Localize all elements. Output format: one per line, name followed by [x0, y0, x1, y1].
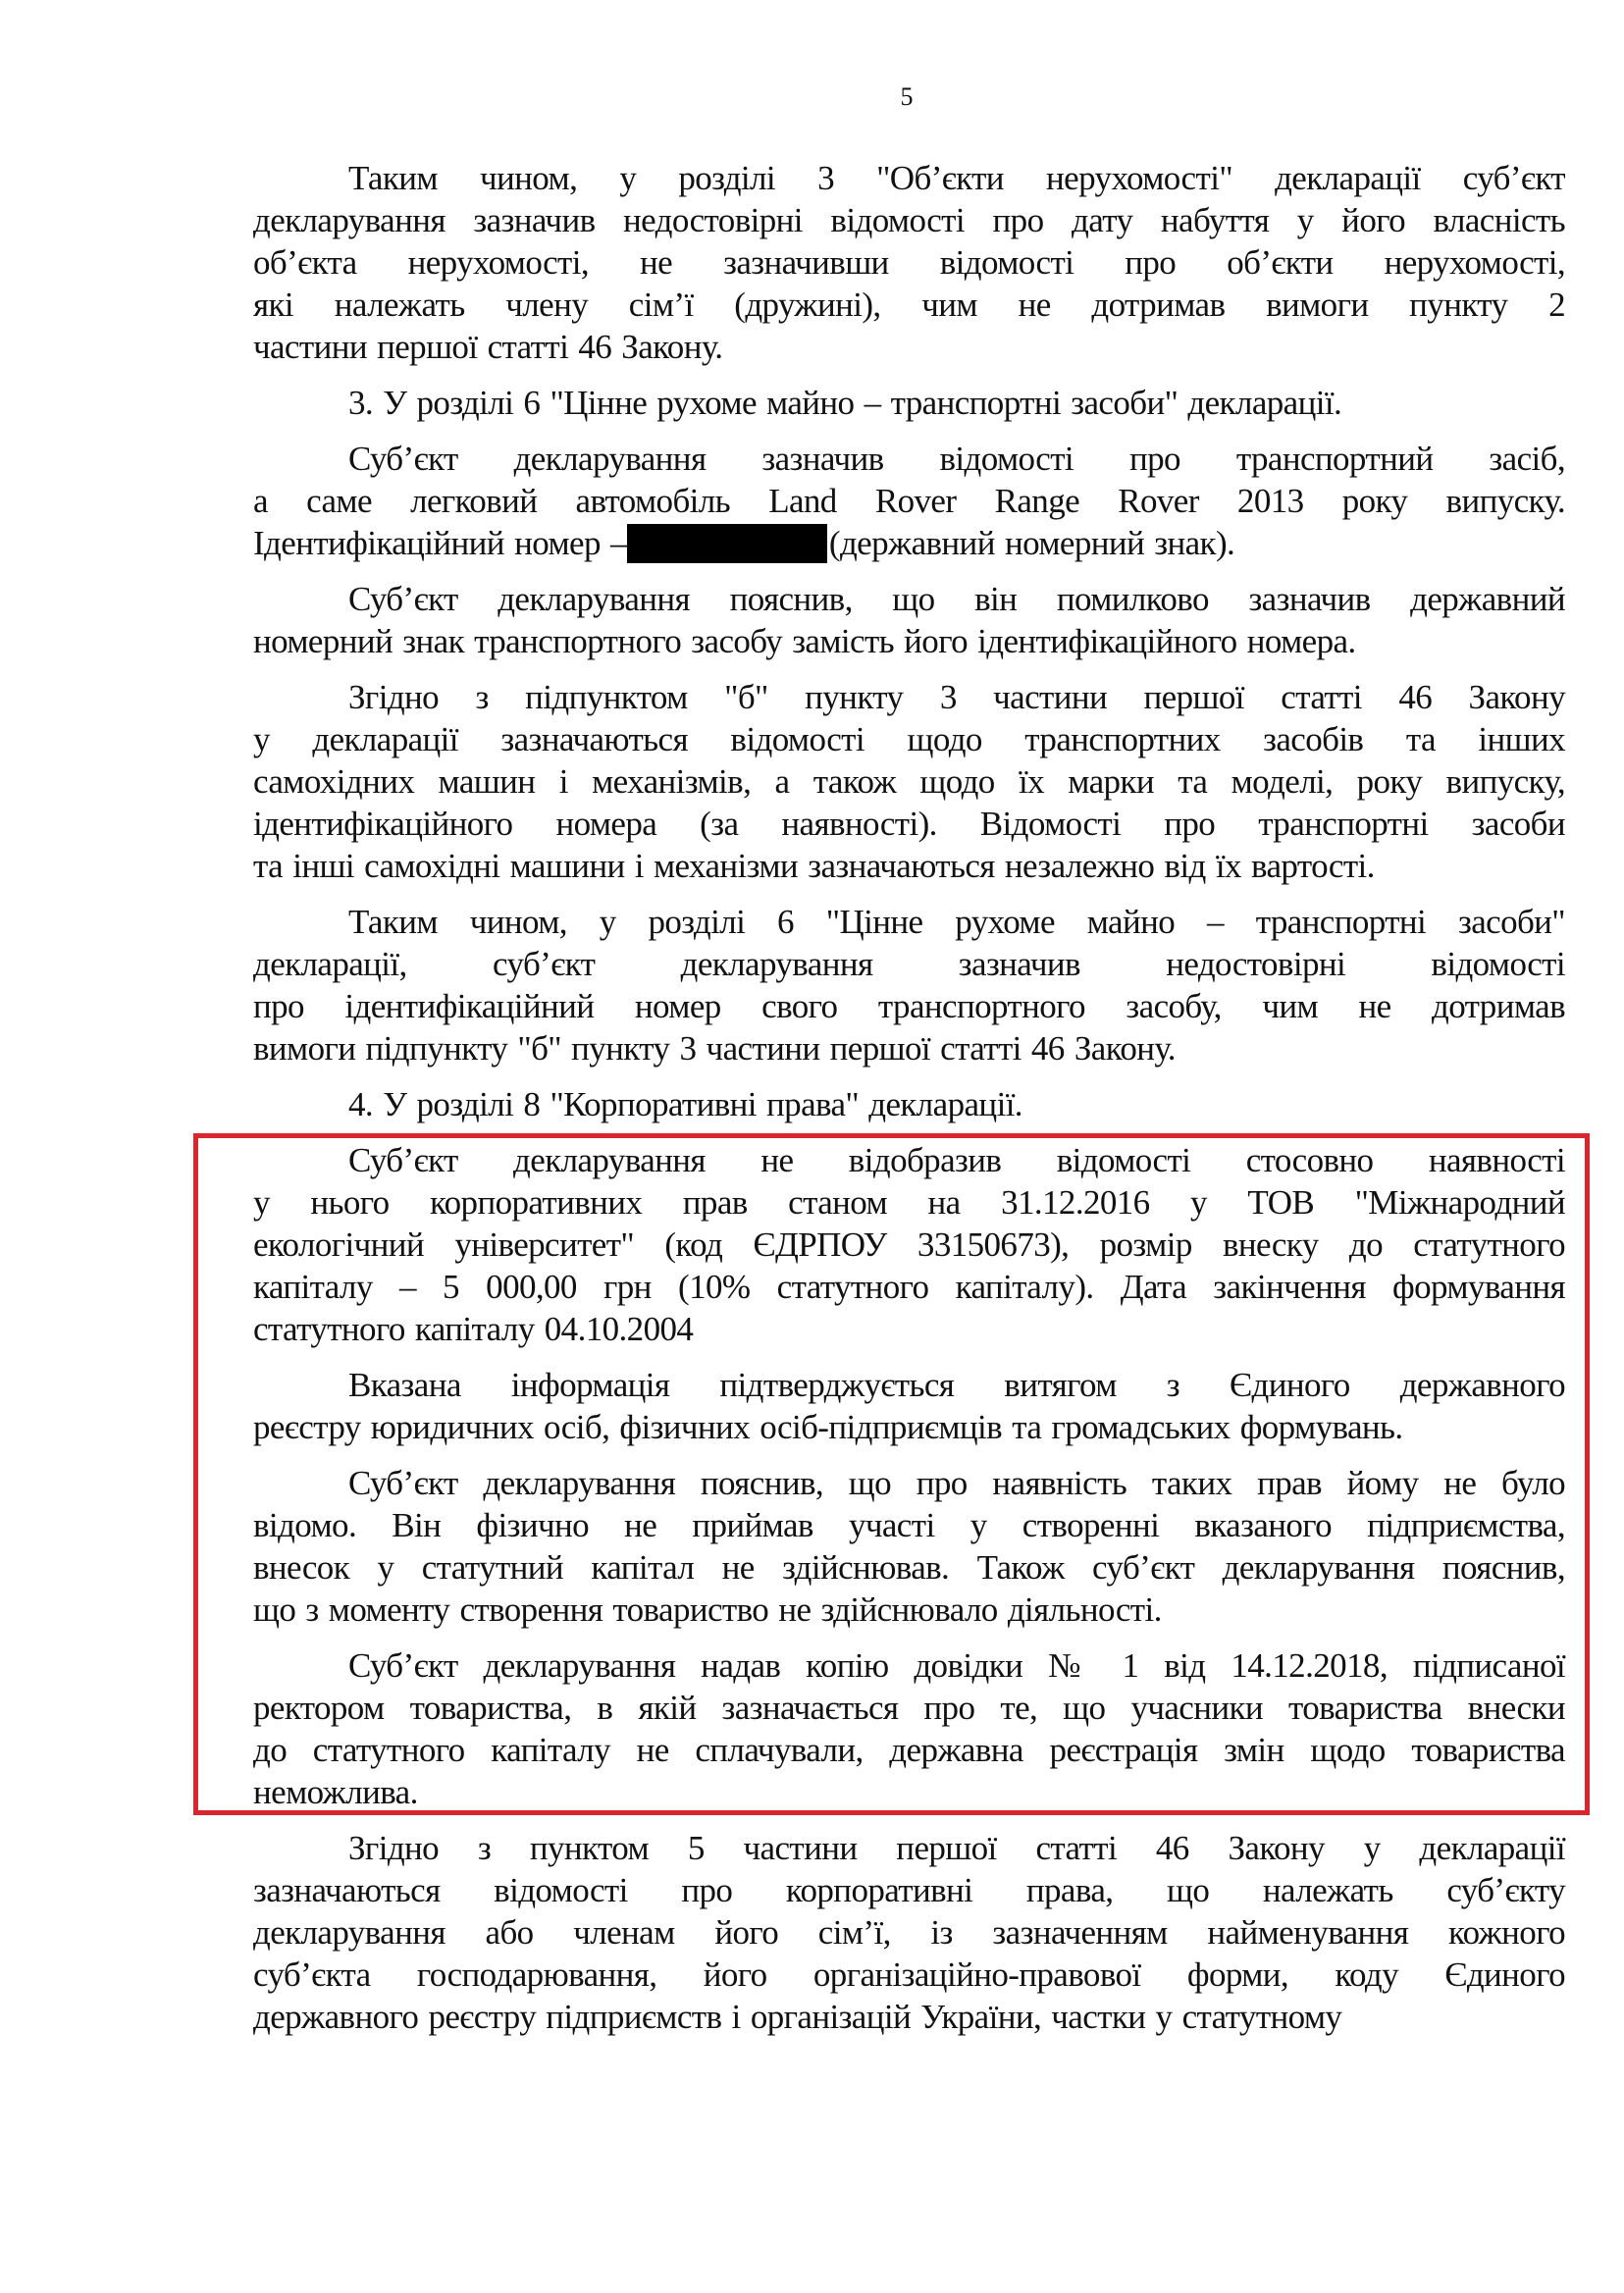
text-line: внесок у статутний капітал не здійснював…	[253, 1546, 1565, 1589]
text-line: Згідно з підпунктом "б" пункту 3 частини…	[253, 676, 1565, 718]
text-line: об’єкта нерухомості, не зазначивши відом…	[253, 241, 1565, 284]
text-line: Таким чином, у розділі 6 "Цінне рухоме м…	[253, 901, 1565, 943]
text-line: у нього корпоративних прав станом на 31.…	[253, 1181, 1565, 1224]
section-heading: 3. У розділі 6 "Цінне рухоме майно – тра…	[253, 382, 1565, 424]
highlighted-paragraph: Суб’єкт декларування пояснив, що про ная…	[253, 1462, 1565, 1631]
highlighted-paragraph: Суб’єкт декларування не відобразив відом…	[253, 1139, 1565, 1350]
text-line: ректором товариства, в якій зазначається…	[253, 1687, 1565, 1729]
text-line: зазначаються відомості про корпоративні …	[253, 1869, 1565, 1911]
page-number: 5	[0, 82, 1624, 112]
text-line: Суб’єкт декларування пояснив, що про ная…	[253, 1462, 1565, 1504]
paragraph: Згідно з пунктом 5 частини першої статті…	[253, 1827, 1565, 2038]
paragraph: Згідно з підпунктом "б" пункту 3 частини…	[253, 676, 1565, 887]
text-line: Суб’єкт декларування надав копію довідки…	[253, 1644, 1565, 1687]
text-line: реєстру юридичних осіб, фізичних осіб-пі…	[253, 1406, 1565, 1448]
text-line: екологічний університет" (код ЄДРПОУ 331…	[253, 1224, 1565, 1266]
text-line: 4. У розділі 8 "Корпоративні права" декл…	[253, 1083, 1565, 1125]
document-body: Таким чином, у розділі 3 "Об’єкти нерухо…	[253, 157, 1565, 2052]
text-line: декларування або членам його сім’ї, із з…	[253, 1911, 1565, 1954]
text-line: Суб’єкт декларування не відобразив відом…	[253, 1139, 1565, 1181]
text-fragment: (державний номерний знак).	[829, 524, 1234, 562]
paragraph: Таким чином, у розділі 3 "Об’єкти нерухо…	[253, 157, 1565, 368]
text-line: Суб’єкт декларування зазначив відомості …	[253, 438, 1565, 480]
text-line: у декларації зазначаються відомості щодо…	[253, 718, 1565, 760]
section-heading: 4. У розділі 8 "Корпоративні права" декл…	[253, 1083, 1565, 1125]
text-line: Згідно з пунктом 5 частини першої статті…	[253, 1827, 1565, 1869]
text-line: вимоги підпункту "б" пункту 3 частини пе…	[253, 1027, 1565, 1069]
text-line: суб’єкта господарювання, його організаці…	[253, 1954, 1565, 1996]
text-line: декларації, суб’єкт декларування зазначи…	[253, 943, 1565, 985]
text-line: Ідентифікаційний номер –(державний номер…	[253, 522, 1565, 564]
text-line: Суб’єкт декларування пояснив, що він пом…	[253, 578, 1565, 620]
text-line: що з моменту створення товариство не зді…	[253, 1589, 1565, 1631]
text-fragment: Ідентифікаційний номер –	[253, 524, 627, 562]
text-line: відомо. Він фізично не приймав участі у …	[253, 1504, 1565, 1546]
text-line: ідентифікаційного номера (за наявності).…	[253, 803, 1565, 845]
text-line: а саме легковий автомобіль Land Rover Ra…	[253, 480, 1565, 522]
text-line: статутного капіталу 04.10.2004	[253, 1308, 1565, 1350]
highlighted-paragraph: Суб’єкт декларування надав копію довідки…	[253, 1644, 1565, 1813]
paragraph: Суб’єкт декларування зазначив відомості …	[253, 438, 1565, 564]
text-line: неможлива.	[253, 1771, 1565, 1813]
text-line: про ідентифікаційний номер свого транспо…	[253, 985, 1565, 1027]
text-line: номерний знак транспортного засобу заміс…	[253, 620, 1565, 662]
text-line: та інші самохідні машини і механізми заз…	[253, 845, 1565, 887]
highlighted-paragraph: Вказана інформація підтверджується витяг…	[253, 1364, 1565, 1448]
text-line: Таким чином, у розділі 3 "Об’єкти нерухо…	[253, 157, 1565, 199]
text-line: декларування зазначив недостовірні відом…	[253, 199, 1565, 241]
text-line: капіталу – 5 000,00 грн (10% статутного …	[253, 1266, 1565, 1308]
text-line: самохідних машин і механізмів, а також щ…	[253, 760, 1565, 803]
text-line: які належать члену сім’ї (дружині), чим …	[253, 284, 1565, 326]
text-line: державного реєстру підприємств і організ…	[253, 1996, 1565, 2038]
paragraph: Суб’єкт декларування пояснив, що він пом…	[253, 578, 1565, 662]
redaction-block	[627, 524, 827, 563]
paragraph: Таким чином, у розділі 6 "Цінне рухоме м…	[253, 901, 1565, 1069]
text-line: Вказана інформація підтверджується витяг…	[253, 1364, 1565, 1406]
text-line: 3. У розділі 6 "Цінне рухоме майно – тра…	[253, 382, 1565, 424]
text-line: до статутного капіталу не сплачували, де…	[253, 1729, 1565, 1771]
text-line: частини першої статті 46 Закону.	[253, 326, 1565, 368]
